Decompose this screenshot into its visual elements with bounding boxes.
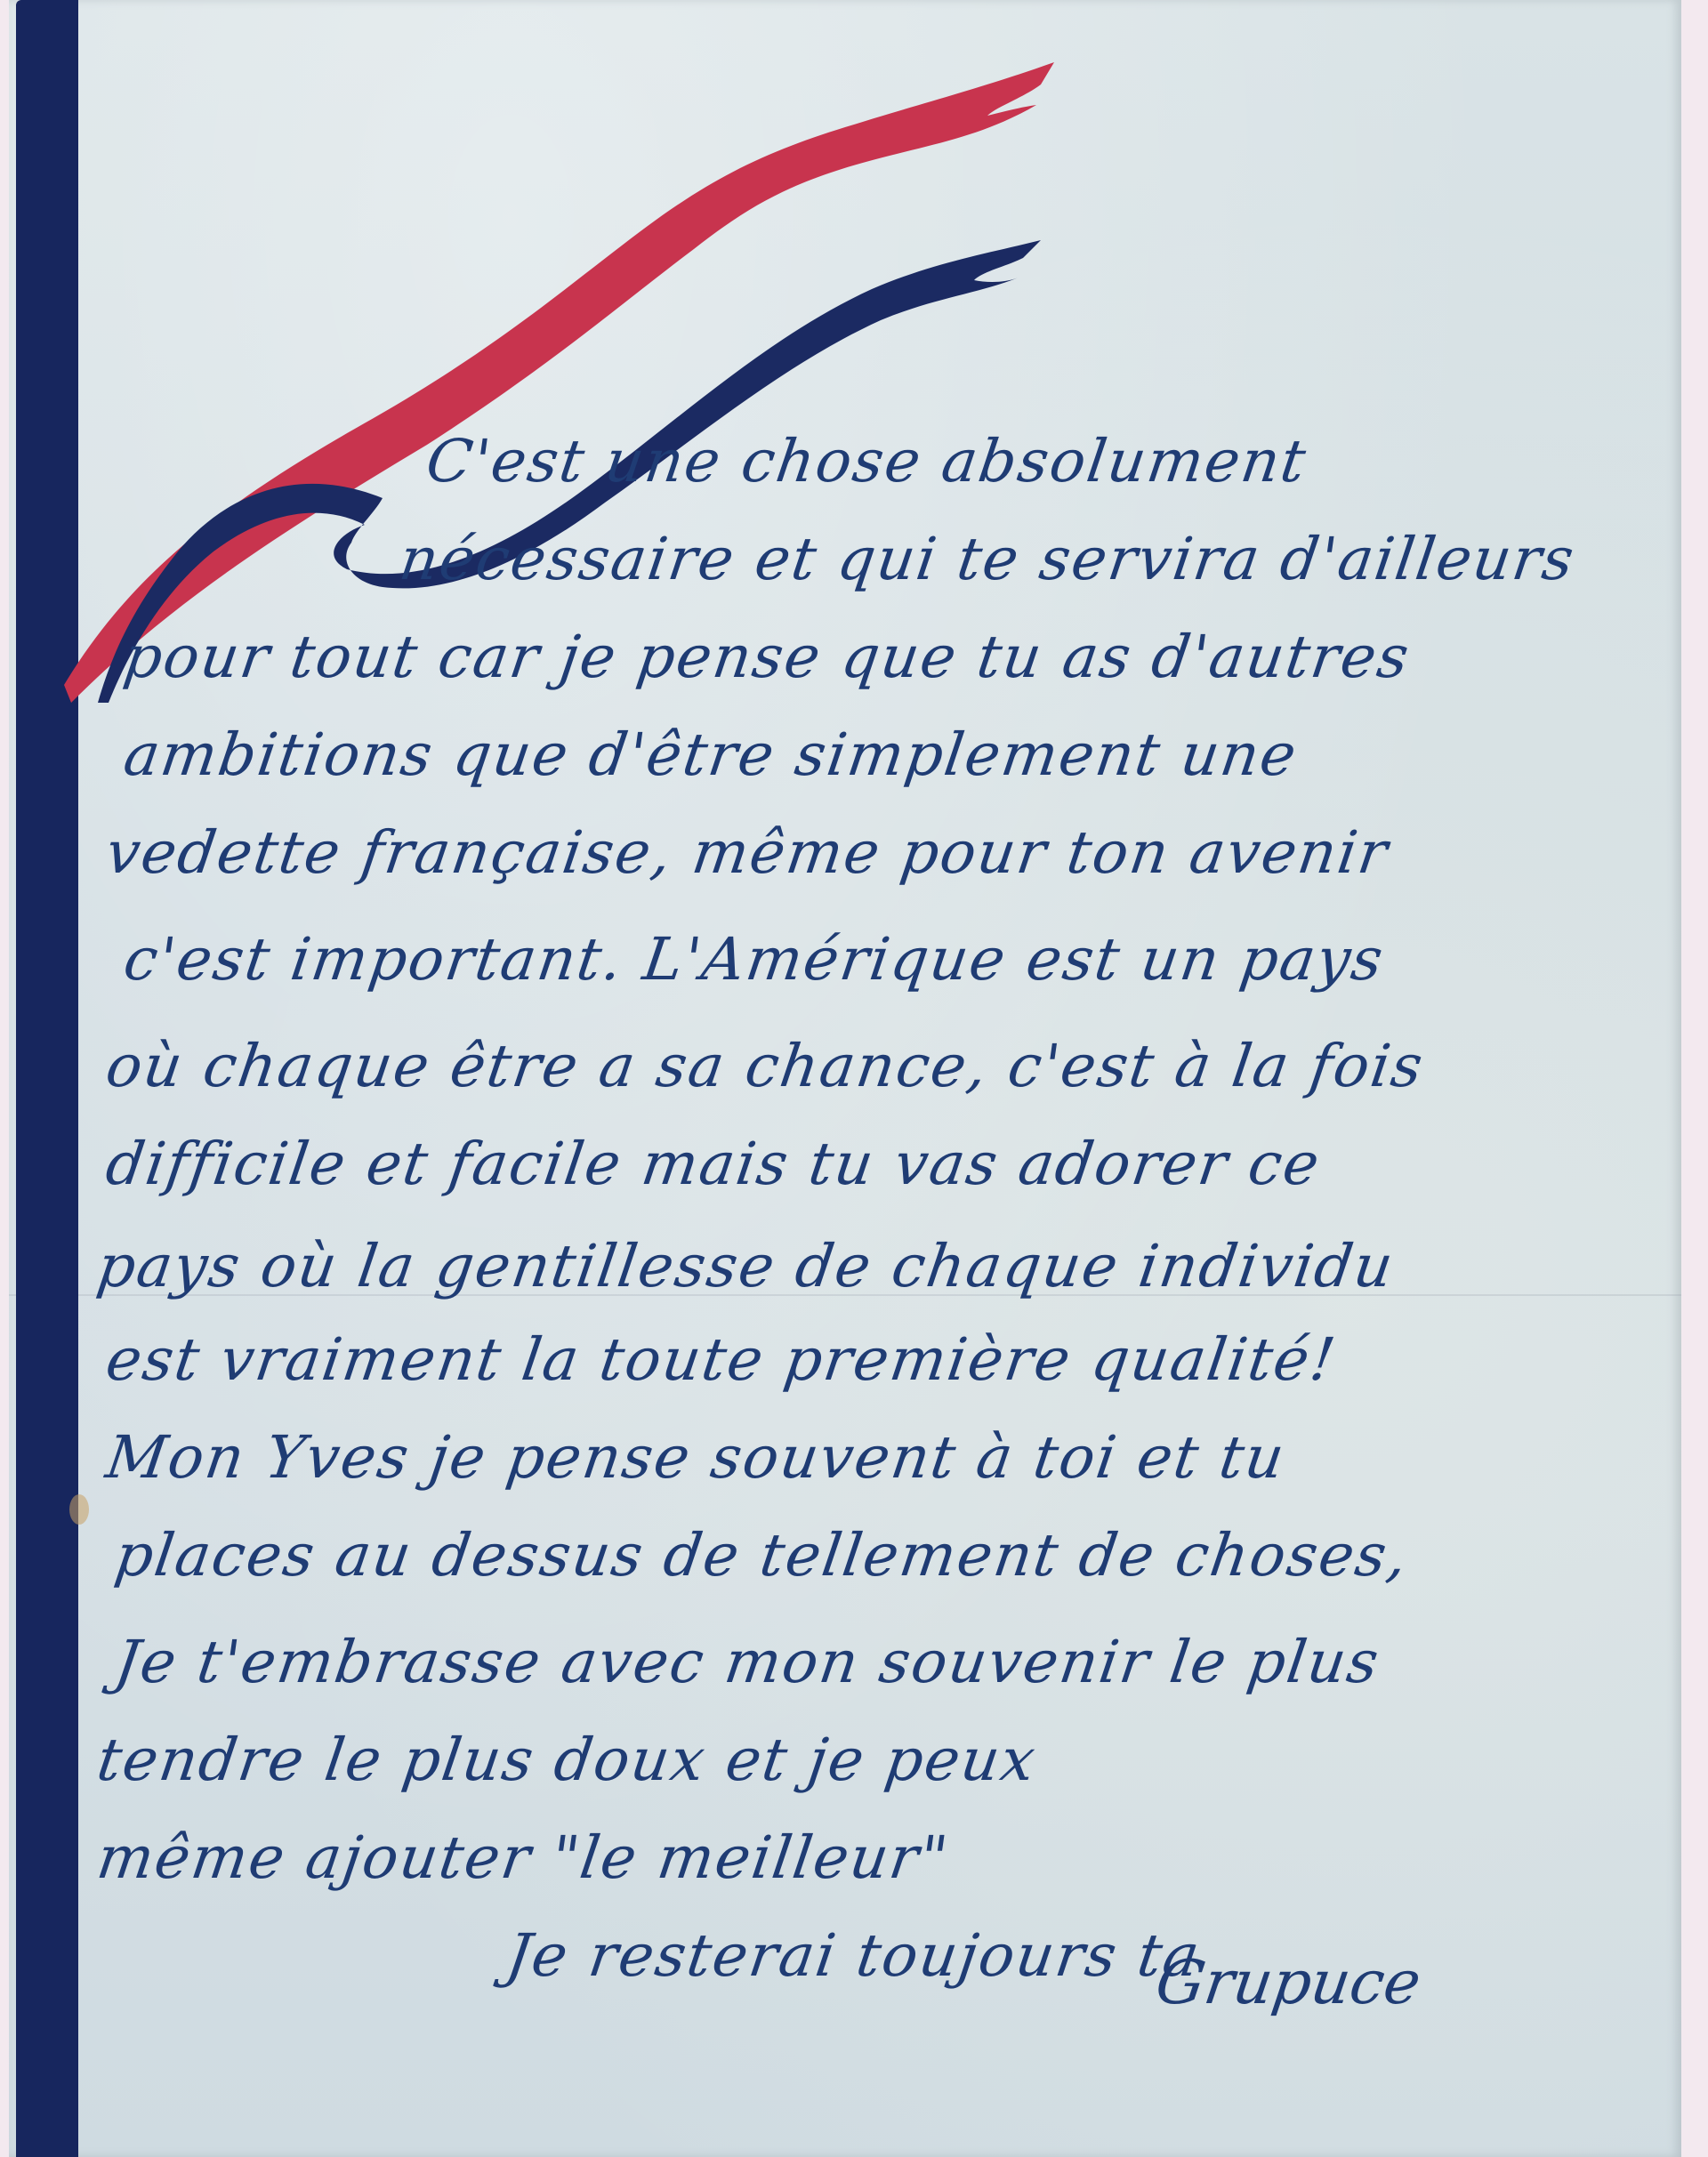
letter-line: vedette française, même pour ton avenir xyxy=(102,818,1394,887)
letter-line: est vraiment la toute première qualité! xyxy=(102,1325,1341,1394)
letter-line: même ajouter "le meilleur" xyxy=(93,1823,954,1892)
signature: Grupuce xyxy=(1151,1948,1424,2018)
letter-line: où chaque être a sa chance, c'est à la f… xyxy=(102,1032,1429,1100)
blue-edge-stripe xyxy=(16,0,78,2157)
letter-line: pays où la gentillesse de chaque individ… xyxy=(93,1232,1399,1300)
closing-line: Je resterai toujours ta xyxy=(503,1921,1205,1990)
letter-line: ambitions que d'être simplement une xyxy=(120,720,1302,789)
letter-line: c'est important. L'Amérique est un pays xyxy=(120,925,1389,994)
paper-stain xyxy=(69,1494,89,1525)
letter-line: C'est une chose absolument xyxy=(423,427,1312,495)
letter-line: places au dessus de tellement de choses, xyxy=(111,1521,1414,1590)
letter-line: pour tout car je pense que tu as d'autre… xyxy=(120,623,1414,691)
letter-line: Mon Yves je pense souvent à toi et tu xyxy=(102,1423,1290,1492)
letter-line: difficile et facile mais tu vas adorer c… xyxy=(102,1130,1325,1198)
letter-line: tendre le plus doux et je peux xyxy=(93,1726,1041,1794)
letter-line: Je t'embrasse avec mon souvenir le plus xyxy=(111,1628,1384,1696)
letter-line: nécessaire et qui te servira d'ailleurs xyxy=(396,525,1580,593)
